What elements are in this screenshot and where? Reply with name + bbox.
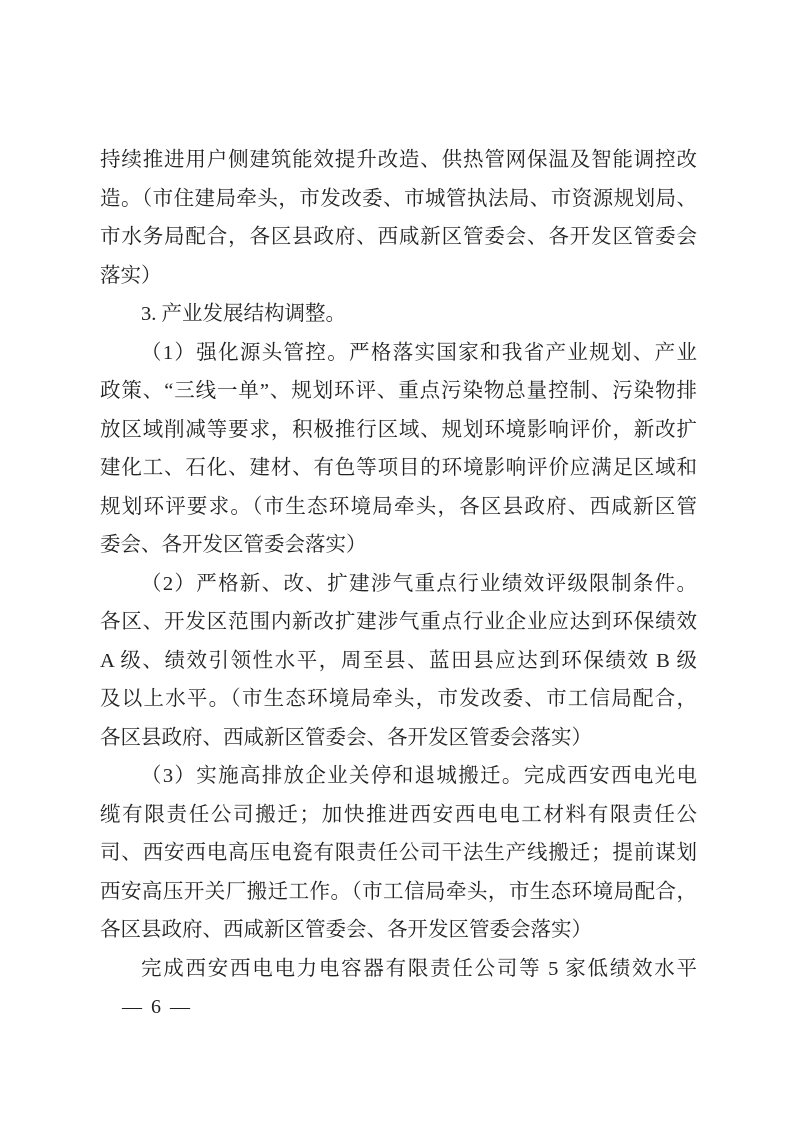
text-line: 3. 产业发展结构调整。	[100, 295, 697, 334]
text-line: A 级、绩效引领性水平，周至县、蓝田县应达到环保绩效 B 级	[100, 642, 697, 681]
document-page: 持续推进用户侧建筑能效提升改造、供热管网保温及智能调控改造。（市住建局牵头，市发…	[0, 0, 794, 1123]
text-line: 司、西安西电高压电瓷有限责任公司干法生产线搬迁；提前谋划	[100, 834, 697, 873]
text-line: 持续推进用户侧建筑能效提升改造、供热管网保温及智能调控改	[100, 141, 697, 180]
text-line: （1）强化源头管控。严格落实国家和我省产业规划、产业	[100, 334, 697, 373]
text-line: 造。（市住建局牵头，市发改委、市城管执法局、市资源规划局、	[100, 180, 697, 219]
text-line: 各区县政府、西咸新区管委会、各开发区管委会落实）	[100, 911, 697, 950]
text-line: 委会、各开发区管委会落实）	[100, 526, 697, 565]
document-body: 持续推进用户侧建筑能效提升改造、供热管网保温及智能调控改造。（市住建局牵头，市发…	[100, 141, 697, 988]
text-line: 市水务局配合，各区县政府、西咸新区管委会、各开发区管委会	[100, 218, 697, 257]
text-line: （3）实施高排放企业关停和退城搬迁。完成西安西电光电	[100, 757, 697, 796]
text-line: 完成西安西电电力电容器有限责任公司等 5 家低绩效水平	[100, 950, 697, 989]
text-line: （2）严格新、改、扩建涉气重点行业绩效评级限制条件。	[100, 565, 697, 604]
text-line: 落实）	[100, 257, 697, 296]
text-line: 建化工、石化、建材、有色等项目的环境影响评价应满足区域和	[100, 449, 697, 488]
text-line: 政策、“三线一单”、规划环评、重点污染物总量控制、污染物排	[100, 372, 697, 411]
text-line: 及以上水平。（市生态环境局牵头，市发改委、市工信局配合，	[100, 680, 697, 719]
text-line: 规划环评要求。（市生态环境局牵头，各区县政府、西咸新区管	[100, 488, 697, 527]
page-number: — 6 —	[122, 992, 192, 1022]
text-line: 各区县政府、西咸新区管委会、各开发区管委会落实）	[100, 719, 697, 758]
text-line: 各区、开发区范围内新改扩建涉气重点行业企业应达到环保绩效	[100, 603, 697, 642]
text-line: 放区域削减等要求，积极推行区域、规划环境影响评价，新改扩	[100, 411, 697, 450]
text-line: 缆有限责任公司搬迁；加快推进西安西电电工材料有限责任公	[100, 796, 697, 835]
text-line: 西安高压开关厂搬迁工作。（市工信局牵头，市生态环境局配合，	[100, 873, 697, 912]
